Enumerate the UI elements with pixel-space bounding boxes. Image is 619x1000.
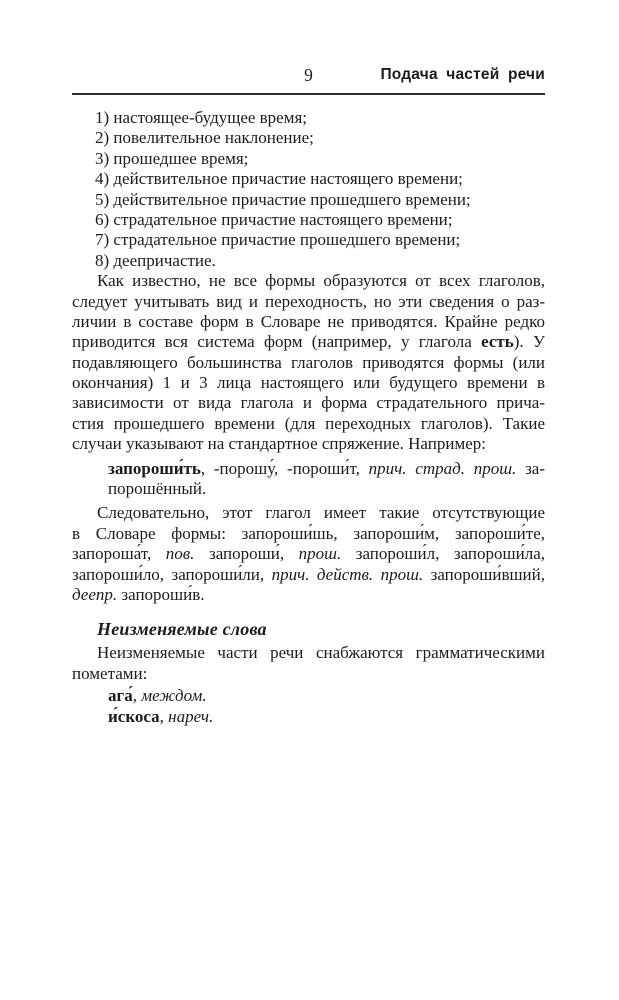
text-segment: , (133, 686, 142, 705)
text-segment: запороши́л, запороши́ла, (341, 544, 545, 563)
text-line: в Словаре формы: запороши́шь, запороши́м… (72, 524, 545, 544)
text-line: и́скоса, нареч. (108, 707, 545, 727)
paragraph-verb-forms-note: Как известно, не все формы образуются от… (72, 271, 545, 455)
text-segment: 2) повелительное наклонение; (95, 128, 314, 147)
text-segment: , (160, 707, 169, 726)
book-page: 9 Подача частей речи 1) настоящее-будуще… (0, 0, 619, 1000)
text-segment: зависимости от вида глагола и форма стра… (72, 393, 545, 412)
text-segment: 4) действительное причастие настоящего в… (95, 169, 463, 188)
dictionary-example-zaporoshit: запороши́ть, -порошу́, -пороши́т, прич. … (108, 459, 545, 500)
text-line: 5) действительное причастие прошедшего в… (95, 190, 545, 210)
text-line: приводится вся система форм (например, у… (72, 332, 545, 352)
text-line: следует учитывать вид и переходность, но… (72, 292, 545, 312)
text-line: 4) действительное причастие настоящего в… (95, 169, 545, 189)
running-head-title: Подача частей речи (380, 66, 545, 84)
text-segment: 1) настоящее-будущее время; (95, 108, 307, 127)
text-segment: , -порошу́, -пороши́т, (201, 459, 369, 478)
text-line: Неизменяемые части речи снабжаются грамм… (72, 643, 545, 663)
text-segment: запороши́в. (117, 585, 204, 604)
text-segment: 5) действительное причастие прошедшего в… (95, 190, 471, 209)
text-line: пометами: (72, 664, 545, 684)
text-line: подавляющего большинства глаголов привод… (72, 353, 545, 373)
page-content: 1) настоящее-будущее время;2) повелитель… (72, 108, 545, 727)
text-segment: за- (516, 459, 545, 478)
text-line: порошённый. (108, 479, 545, 499)
text-segment: запороша́т, (72, 544, 166, 563)
page-number: 9 (304, 65, 313, 86)
text-segment: нареч. (168, 707, 213, 726)
text-segment: 7) страдательное причастие прошедшего вр… (95, 230, 460, 249)
text-line: личии в составе форм в Словаре не привод… (72, 312, 545, 332)
dictionary-example-aga-iskosa: ага́, междом.и́скоса, нареч. (108, 686, 545, 727)
paragraph-missing-forms: Следовательно, этот глагол имеет такие о… (72, 503, 545, 605)
text-segment: ). У (514, 332, 545, 351)
text-line: Как известно, не все формы образуются от… (72, 271, 545, 291)
text-segment: деепр. (72, 585, 117, 604)
text-line: деепр. запороши́в. (72, 585, 545, 605)
text-segment: Следовательно, этот глагол имеет такие о… (97, 503, 545, 522)
text-segment: ага́ (108, 686, 133, 705)
text-segment: пометами: (72, 664, 147, 683)
text-line: Следовательно, этот глагол имеет такие о… (72, 503, 545, 523)
text-line: 6) страдательное причастие настоящего вр… (95, 210, 545, 230)
text-segment: случаи указывают на стандартное спряжени… (72, 434, 486, 453)
text-line: 7) страдательное причастие прошедшего вр… (95, 230, 545, 250)
text-line: 3) прошедшее время; (95, 149, 545, 169)
text-segment: запороши́, (194, 544, 298, 563)
text-line: окончания) 1 и 3 лица настоящего или буд… (72, 373, 545, 393)
text-segment: прош. (299, 544, 342, 563)
page-header: 9 Подача частей речи (72, 64, 545, 88)
text-segment: личии в составе форм в Словаре не привод… (72, 312, 545, 331)
text-line: случаи указывают на стандартное спряжени… (72, 434, 545, 454)
text-segment: запороши́вший, (423, 565, 545, 584)
text-line: запороши́ть, -порошу́, -пороши́т, прич. … (108, 459, 545, 479)
text-segment: 3) прошедшее время; (95, 149, 248, 168)
text-segment: стия прошедшего времени (для переходных … (72, 414, 545, 433)
text-segment: подавляющего большинства глаголов привод… (72, 353, 545, 372)
text-segment: Как известно, не все формы образуются от… (97, 271, 545, 290)
text-line: ага́, междом. (108, 686, 545, 706)
text-segment: пов. (166, 544, 195, 563)
text-segment: Неизменяемые части речи снабжаются грамм… (97, 643, 545, 662)
text-segment: порошённый. (108, 479, 206, 498)
text-segment: есть (481, 332, 514, 351)
text-segment: междом. (141, 686, 206, 705)
header-rule (72, 93, 545, 95)
paragraph-unchangeable-intro: Неизменяемые части речи снабжаются грамм… (72, 643, 545, 684)
text-line: 1) настоящее-будущее время; (95, 108, 545, 128)
text-segment: приводится вся система форм (например, у… (72, 332, 481, 351)
text-segment: 8) деепричастие. (95, 251, 216, 270)
text-segment: прич. действ. прош. (272, 565, 424, 584)
text-line: запороша́т, пов. запороши́, прош. запоро… (72, 544, 545, 564)
text-segment: и́скоса (108, 707, 160, 726)
text-segment: окончания) 1 и 3 лица настоящего или буд… (72, 373, 545, 392)
text-segment: запороши́ть (108, 459, 201, 478)
text-segment: 6) страдательное причастие настоящего вр… (95, 210, 452, 229)
text-segment: в Словаре формы: запороши́шь, запороши́м… (72, 524, 545, 543)
text-segment: следует учитывать вид и переходность, но… (72, 292, 545, 311)
section-heading-unchangeable-words: Неизменяемые слова (72, 618, 545, 640)
text-line: 2) повелительное наклонение; (95, 128, 545, 148)
text-segment: прич. страд. прош. (369, 459, 517, 478)
text-line: зависимости от вида глагола и форма стра… (72, 393, 545, 413)
text-line: стия прошедшего времени (для переходных … (72, 414, 545, 434)
verb-forms-list: 1) настоящее-будущее время;2) повелитель… (72, 108, 545, 271)
text-line: запороши́ло, запороши́ли, прич. действ. … (72, 565, 545, 585)
text-segment: запороши́ло, запороши́ли, (72, 565, 272, 584)
text-line: 8) деепричастие. (95, 251, 545, 271)
